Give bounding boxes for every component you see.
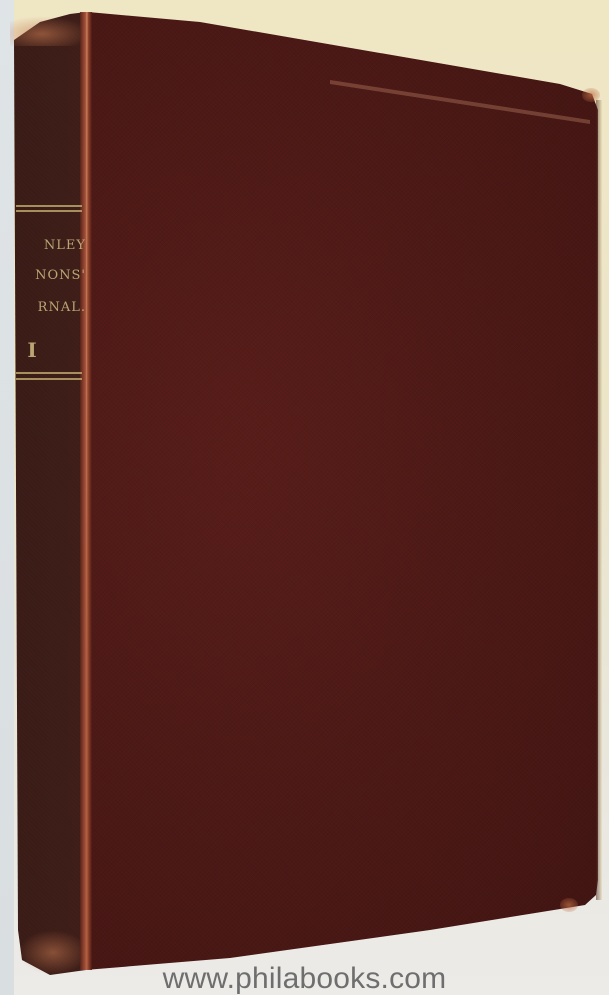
gilt-rule-top-1 bbox=[16, 205, 82, 207]
book-photo: NLEY NONS' RNAL. I www.philabooks.com bbox=[0, 0, 609, 995]
gilt-rule-top-2 bbox=[16, 210, 82, 212]
spine-top-wear bbox=[10, 16, 90, 46]
gilt-rule-bottom-2 bbox=[16, 378, 82, 380]
spine-volume-number: I bbox=[20, 338, 44, 362]
spine-title-line-1: NLEY bbox=[16, 238, 86, 253]
gilt-rule-bottom-1 bbox=[16, 372, 82, 374]
background-left bbox=[0, 0, 14, 995]
watermark-text: www.philabooks.com bbox=[0, 962, 609, 995]
spine-title-line-3: RNAL. bbox=[16, 300, 86, 315]
corner-wear-top-right bbox=[582, 88, 600, 102]
corner-wear-bottom-right bbox=[560, 898, 578, 912]
spine-hinge bbox=[80, 12, 92, 970]
page-block-edge bbox=[596, 100, 602, 900]
spine-title-line-2: NONS' bbox=[16, 268, 86, 283]
